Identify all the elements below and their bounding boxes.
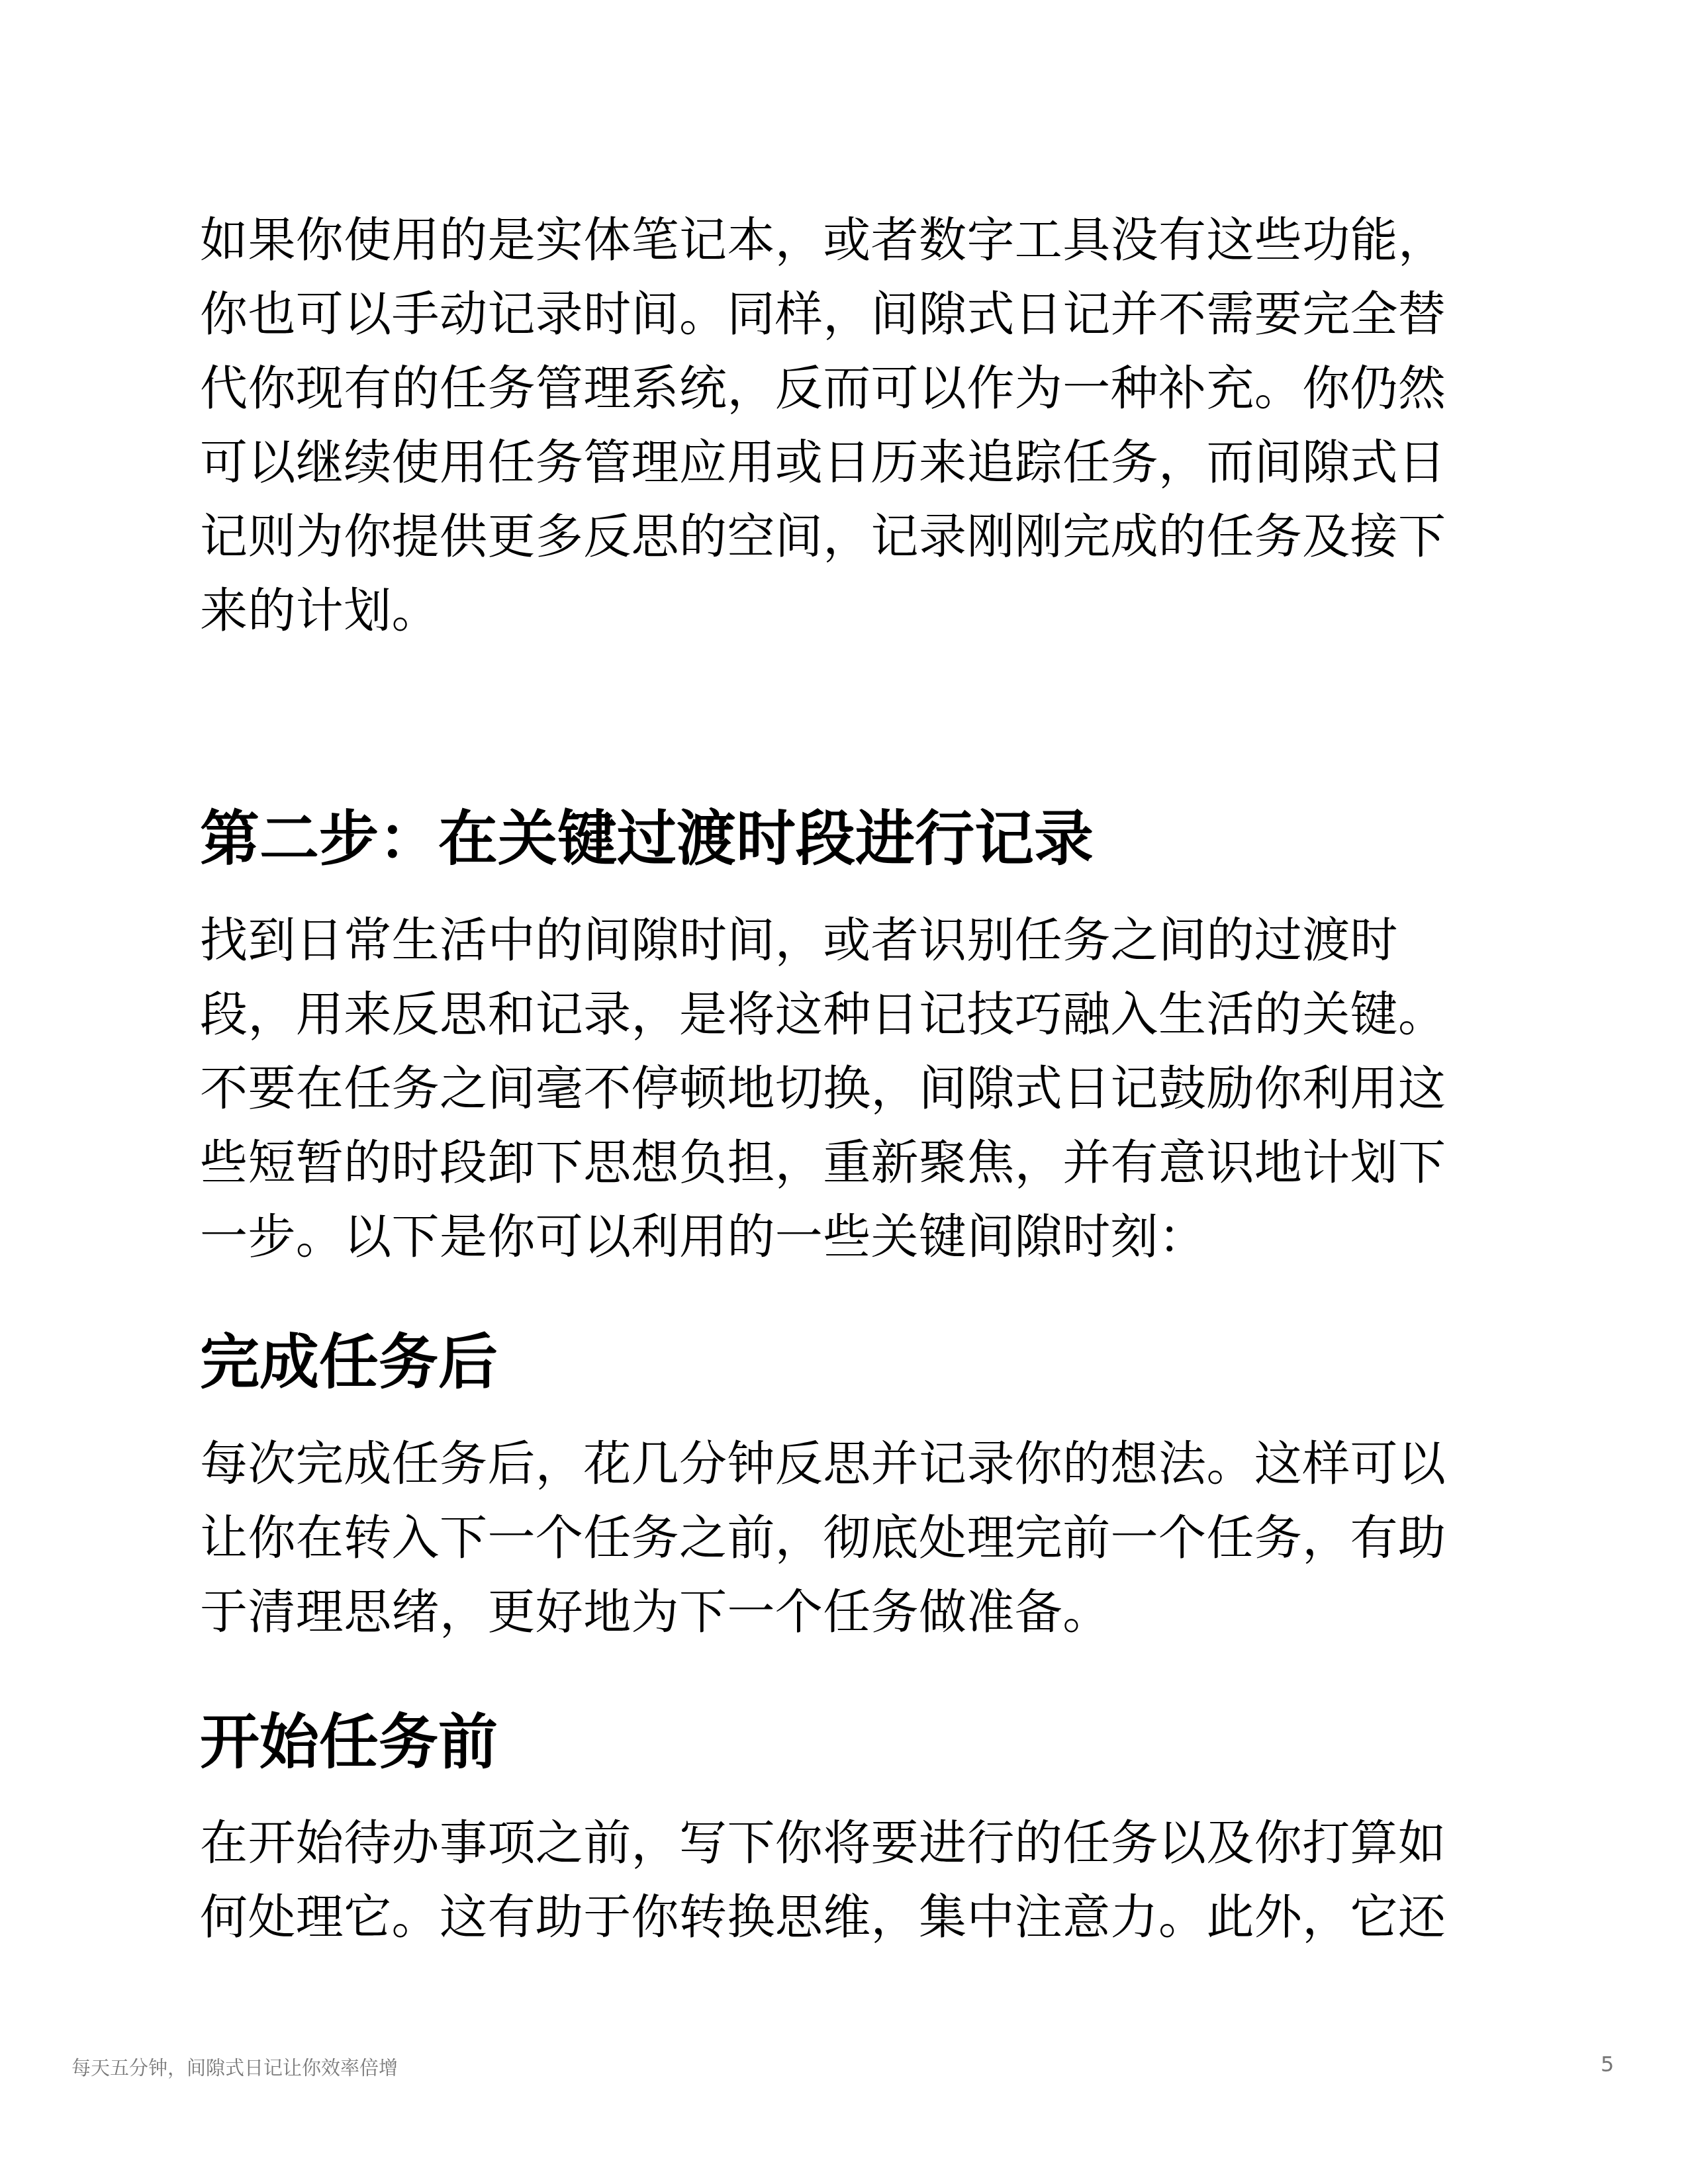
paragraph-line: 一步。以下是你可以利用的一些关键间隙时刻：: [200, 1199, 1497, 1273]
subheading-before-task: 开始任务前: [200, 1706, 498, 1779]
paragraph-line: 记则为你提供更多反思的空间，记录刚刚完成的任务及接下: [200, 499, 1497, 573]
paragraph-line: 于清理思绪，更好地为下一个任务做准备。: [200, 1574, 1497, 1649]
paragraph-line: 何处理它。这有助于你转换思维，集中注意力。此外，它还: [200, 1880, 1497, 1954]
paragraph-line: 如果你使用的是实体笔记本，或者数字工具没有这些功能，: [200, 203, 1497, 277]
paragraph-line: 些短暂的时段卸下思想负担，重新聚焦，并有意识地计划下: [200, 1125, 1497, 1199]
section-heading-step2: 第二步：在关键过渡时段进行记录: [200, 803, 1094, 876]
paragraph-line: 可以继续使用任务管理应用或日历来追踪任务，而间隙式日: [200, 425, 1497, 499]
footer-document-title: 每天五分钟，间隙式日记让你效率倍增: [71, 2054, 398, 2081]
intro-paragraph: 如果你使用的是实体笔记本，或者数字工具没有这些功能， 你也可以手动记录时间。同样…: [200, 203, 1497, 647]
subheading-after-task: 完成任务后: [200, 1326, 498, 1399]
footer-page-number: 5: [1601, 2052, 1614, 2077]
paragraph-line: 来的计划。: [200, 573, 1497, 647]
paragraph-line: 每次完成任务后，花几分钟反思并记录你的想法。这样可以: [200, 1426, 1497, 1500]
paragraph-line: 在开始待办事项之前，写下你将要进行的任务以及你打算如: [200, 1805, 1497, 1880]
paragraph-line: 代你现有的任务管理系统，反而可以作为一种补充。你仍然: [200, 351, 1497, 425]
before-task-paragraph: 在开始待办事项之前，写下你将要进行的任务以及你打算如 何处理它。这有助于你转换思…: [200, 1805, 1497, 1954]
after-task-paragraph: 每次完成任务后，花几分钟反思并记录你的想法。这样可以 让你在转入下一个任务之前，…: [200, 1426, 1497, 1649]
paragraph-line: 找到日常生活中的间隙时间，或者识别任务之间的过渡时: [200, 903, 1497, 977]
paragraph-line: 你也可以手动记录时间。同样，间隙式日记并不需要完全替: [200, 277, 1497, 351]
document-page: 如果你使用的是实体笔记本，或者数字工具没有这些功能， 你也可以手动记录时间。同样…: [0, 0, 1688, 2184]
step2-paragraph: 找到日常生活中的间隙时间，或者识别任务之间的过渡时 段，用来反思和记录，是将这种…: [200, 903, 1497, 1273]
paragraph-line: 让你在转入下一个任务之前，彻底处理完前一个任务，有助: [200, 1500, 1497, 1574]
paragraph-line: 不要在任务之间毫不停顿地切换，间隙式日记鼓励你利用这: [200, 1051, 1497, 1125]
paragraph-line: 段，用来反思和记录，是将这种日记技巧融入生活的关键。: [200, 977, 1497, 1051]
